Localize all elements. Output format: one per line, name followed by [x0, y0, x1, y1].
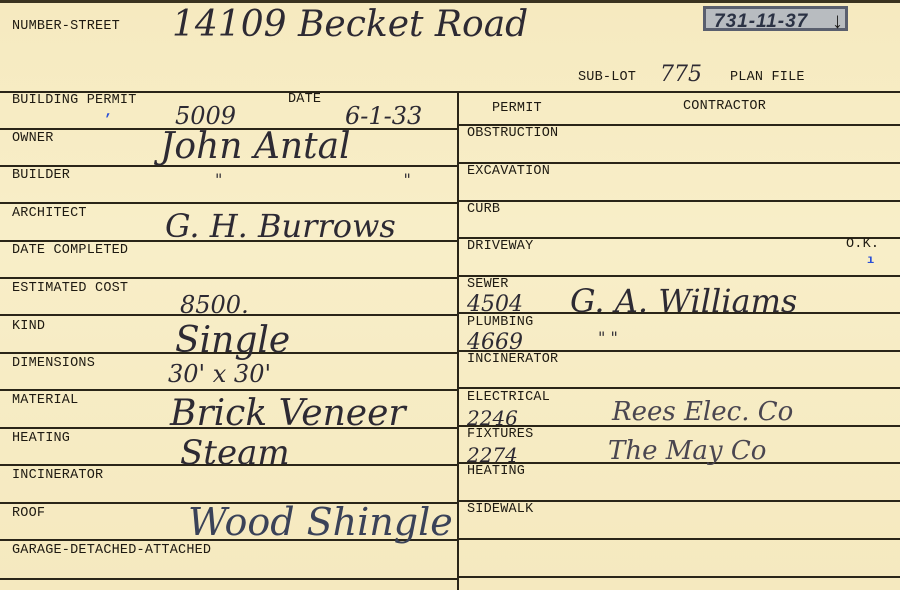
- date-completed-label: DATE COMPLETED: [12, 243, 128, 258]
- date-value: 6-1-33: [345, 102, 422, 130]
- ink-mark: ‚: [104, 104, 112, 120]
- dimensions-value: 30' x 30': [168, 360, 271, 388]
- driveway-ok-note: O.K.: [846, 237, 879, 252]
- roof-label: ROOF: [12, 506, 45, 521]
- sidewalk-label: SIDEWALK: [467, 502, 533, 517]
- rule-line: [458, 200, 900, 202]
- plumbing-contractor: " ": [598, 328, 618, 347]
- stamp-tail-mark: ↓: [832, 8, 843, 34]
- excavation-label: EXCAVATION: [467, 164, 550, 179]
- sub-lot-label: SUB-LOT: [578, 70, 636, 85]
- estimated-cost-label: ESTIMATED COST: [12, 281, 128, 296]
- rule-line: [0, 202, 457, 204]
- roof-value: Wood Shingle: [188, 500, 453, 544]
- owner-label: OWNER: [12, 131, 54, 146]
- architect-value: G. H. Burrows: [165, 207, 396, 245]
- file-number-stamp: 731-11-37: [703, 6, 848, 31]
- rule-line: [458, 275, 900, 277]
- electrical-contractor: Rees Elec. Co: [612, 397, 793, 427]
- fixtures-label: FIXTURES: [467, 427, 533, 442]
- ink-mark: ı: [867, 253, 874, 267]
- rule-line: [0, 389, 457, 391]
- curb-label: CURB: [467, 202, 500, 217]
- contractor-column-header: CONTRACTOR: [683, 99, 766, 114]
- builder-value: " ": [215, 170, 499, 189]
- owner-value: John Antal: [160, 126, 351, 167]
- electrical-label: ELECTRICAL: [467, 390, 550, 405]
- permit-column-header: PERMIT: [492, 101, 542, 116]
- rule-line: [458, 538, 900, 540]
- sub-lot-value: 775: [660, 62, 702, 87]
- sewer-label: SEWER: [467, 277, 509, 292]
- sewer-contractor: G. A. Williams: [570, 282, 797, 320]
- fixtures-contractor: The May Co: [608, 436, 766, 466]
- kind-value: Single: [175, 320, 290, 361]
- number-street-value: 14109 Becket Road: [172, 4, 528, 45]
- garage-label: GARAGE-DETACHED-ATTACHED: [12, 543, 211, 558]
- incinerator-label: INCINERATOR: [12, 468, 103, 483]
- driveway-label: DRIVEWAY: [467, 239, 533, 254]
- date-label: DATE: [288, 92, 321, 107]
- material-label: MATERIAL: [12, 393, 78, 408]
- permit-card: 731-11-37 ↓ NUMBER-STREET 14109 Becket R…: [0, 0, 900, 590]
- incinerator-permit-label: INCINERATOR: [467, 352, 558, 367]
- material-value: Brick Veneer: [170, 393, 406, 434]
- architect-label: ARCHITECT: [12, 206, 87, 221]
- heating-permit-label: HEATING: [467, 464, 525, 479]
- rule-line: [458, 576, 900, 578]
- kind-label: KIND: [12, 319, 45, 334]
- dimensions-label: DIMENSIONS: [12, 356, 95, 371]
- heating-label: HEATING: [12, 431, 70, 446]
- builder-label: BUILDER: [12, 168, 70, 183]
- plumbing-label: PLUMBING: [467, 315, 533, 330]
- heating-value: Steam: [180, 433, 290, 473]
- plan-file-label: PLAN FILE: [730, 70, 805, 85]
- column-divider: [457, 91, 459, 590]
- rule-line: [0, 277, 457, 279]
- rule-line: [458, 387, 900, 389]
- rule-line: [0, 578, 457, 580]
- number-street-label: NUMBER-STREET: [12, 19, 120, 34]
- sewer-number: 4504: [467, 292, 523, 317]
- card-top-edge: [0, 0, 900, 3]
- building-permit-label: BUILDING PERMIT: [12, 93, 137, 108]
- estimated-cost-value: 8500.: [180, 291, 249, 319]
- obstruction-label: OBSTRUCTION: [467, 126, 558, 141]
